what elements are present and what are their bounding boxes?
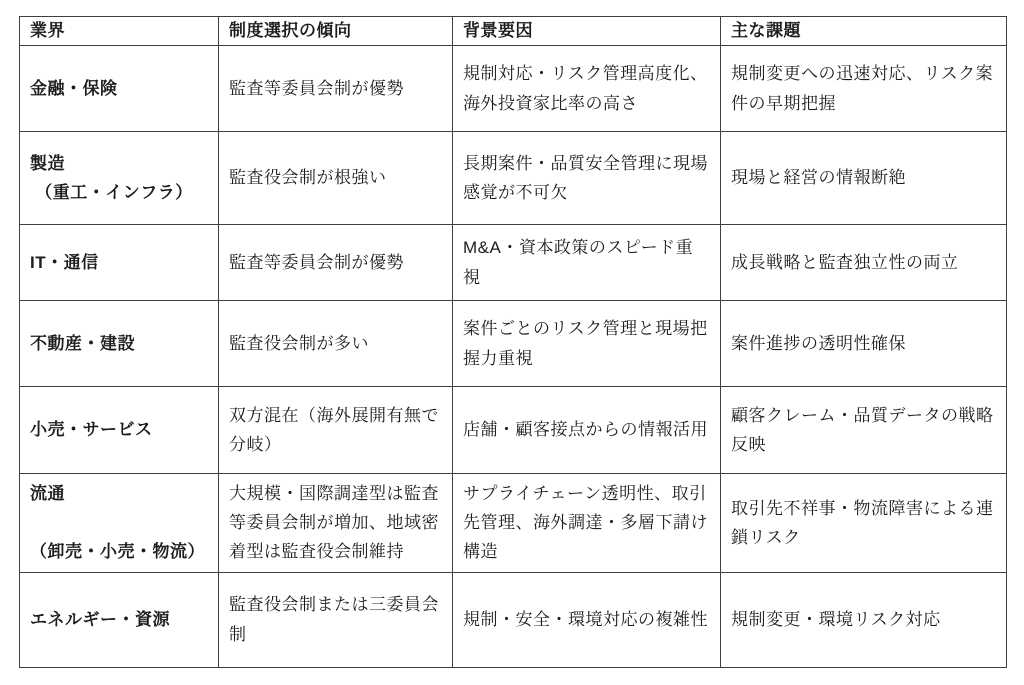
header-cell-issues: 主な課題 — [721, 17, 1007, 46]
issues-cell: 成長戦略と監査独立性の両立 — [721, 225, 1007, 301]
header-cell-industry: 業界 — [20, 17, 219, 46]
table-row: 不動産・建設 監査役会制が多い 案件ごとのリスク管理と現場把握力重視 案件進捗の… — [20, 301, 1007, 387]
background-cell: 長期案件・品質安全管理に現場感覚が不可欠 — [453, 132, 721, 225]
background-cell: 規制・安全・環境対応の複雑性 — [453, 572, 721, 667]
table-row: 金融・保険 監査等委員会制が優勢 規制対応・リスク管理高度化、海外投資家比率の高… — [20, 46, 1007, 132]
page: 業界 制度選択の傾向 背景要因 主な課題 金融・保険 監査等委員会制が優勢 規制… — [0, 0, 1024, 685]
header-cell-background: 背景要因 — [453, 17, 721, 46]
table-header-row: 業界 制度選択の傾向 背景要因 主な課題 — [20, 17, 1007, 46]
industry-cell: 不動産・建設 — [20, 301, 219, 387]
table-row: 製造 （重工・インフラ） 監査役会制が根強い 長期案件・品質安全管理に現場感覚が… — [20, 132, 1007, 225]
table-row: エネルギー・資源 監査役会制または三委員会制 規制・安全・環境対応の複雑性 規制… — [20, 572, 1007, 667]
table-row: 流通 （卸売・小売・物流） 大規模・国際調達型は監査等委員会制が増加、地域密着型… — [20, 474, 1007, 573]
industry-cell: 金融・保険 — [20, 46, 219, 132]
industry-cell: 小売・サービス — [20, 387, 219, 474]
tendency-cell: 監査等委員会制が優勢 — [219, 46, 453, 132]
background-cell: 規制対応・リスク管理高度化、海外投資家比率の高さ — [453, 46, 721, 132]
issues-cell: 顧客クレーム・品質データの戦略反映 — [721, 387, 1007, 474]
tendency-cell: 監査役会制が根強い — [219, 132, 453, 225]
issues-cell: 規制変更・環境リスク対応 — [721, 572, 1007, 667]
issues-cell: 案件進捗の透明性確保 — [721, 301, 1007, 387]
issues-cell: 規制変更への迅速対応、リスク案件の早期把握 — [721, 46, 1007, 132]
background-cell: サプライチェーン透明性、取引先管理、海外調達・多層下請け構造 — [453, 474, 721, 573]
tendency-cell: 双方混在（海外展開有無で分岐） — [219, 387, 453, 474]
industry-cell: エネルギー・資源 — [20, 572, 219, 667]
industry-cell: 流通 （卸売・小売・物流） — [20, 474, 219, 573]
background-cell: 案件ごとのリスク管理と現場把握力重視 — [453, 301, 721, 387]
industry-cell: 製造 （重工・インフラ） — [20, 132, 219, 225]
tendency-cell: 監査等委員会制が優勢 — [219, 225, 453, 301]
table-row: IT・通信 監査等委員会制が優勢 M&A・資本政策のスピード重視 成長戦略と監査… — [20, 225, 1007, 301]
tendency-cell: 大規模・国際調達型は監査等委員会制が増加、地域密着型は監査役会制維持 — [219, 474, 453, 573]
issues-cell: 現場と経営の情報断絶 — [721, 132, 1007, 225]
industry-governance-table: 業界 制度選択の傾向 背景要因 主な課題 金融・保険 監査等委員会制が優勢 規制… — [19, 16, 1007, 668]
industry-cell: IT・通信 — [20, 225, 219, 301]
background-cell: 店舗・顧客接点からの情報活用 — [453, 387, 721, 474]
tendency-cell: 監査役会制が多い — [219, 301, 453, 387]
header-cell-tendency: 制度選択の傾向 — [219, 17, 453, 46]
table-row: 小売・サービス 双方混在（海外展開有無で分岐） 店舗・顧客接点からの情報活用 顧… — [20, 387, 1007, 474]
tendency-cell: 監査役会制または三委員会制 — [219, 572, 453, 667]
issues-cell: 取引先不祥事・物流障害による連鎖リスク — [721, 474, 1007, 573]
background-cell: M&A・資本政策のスピード重視 — [453, 225, 721, 301]
